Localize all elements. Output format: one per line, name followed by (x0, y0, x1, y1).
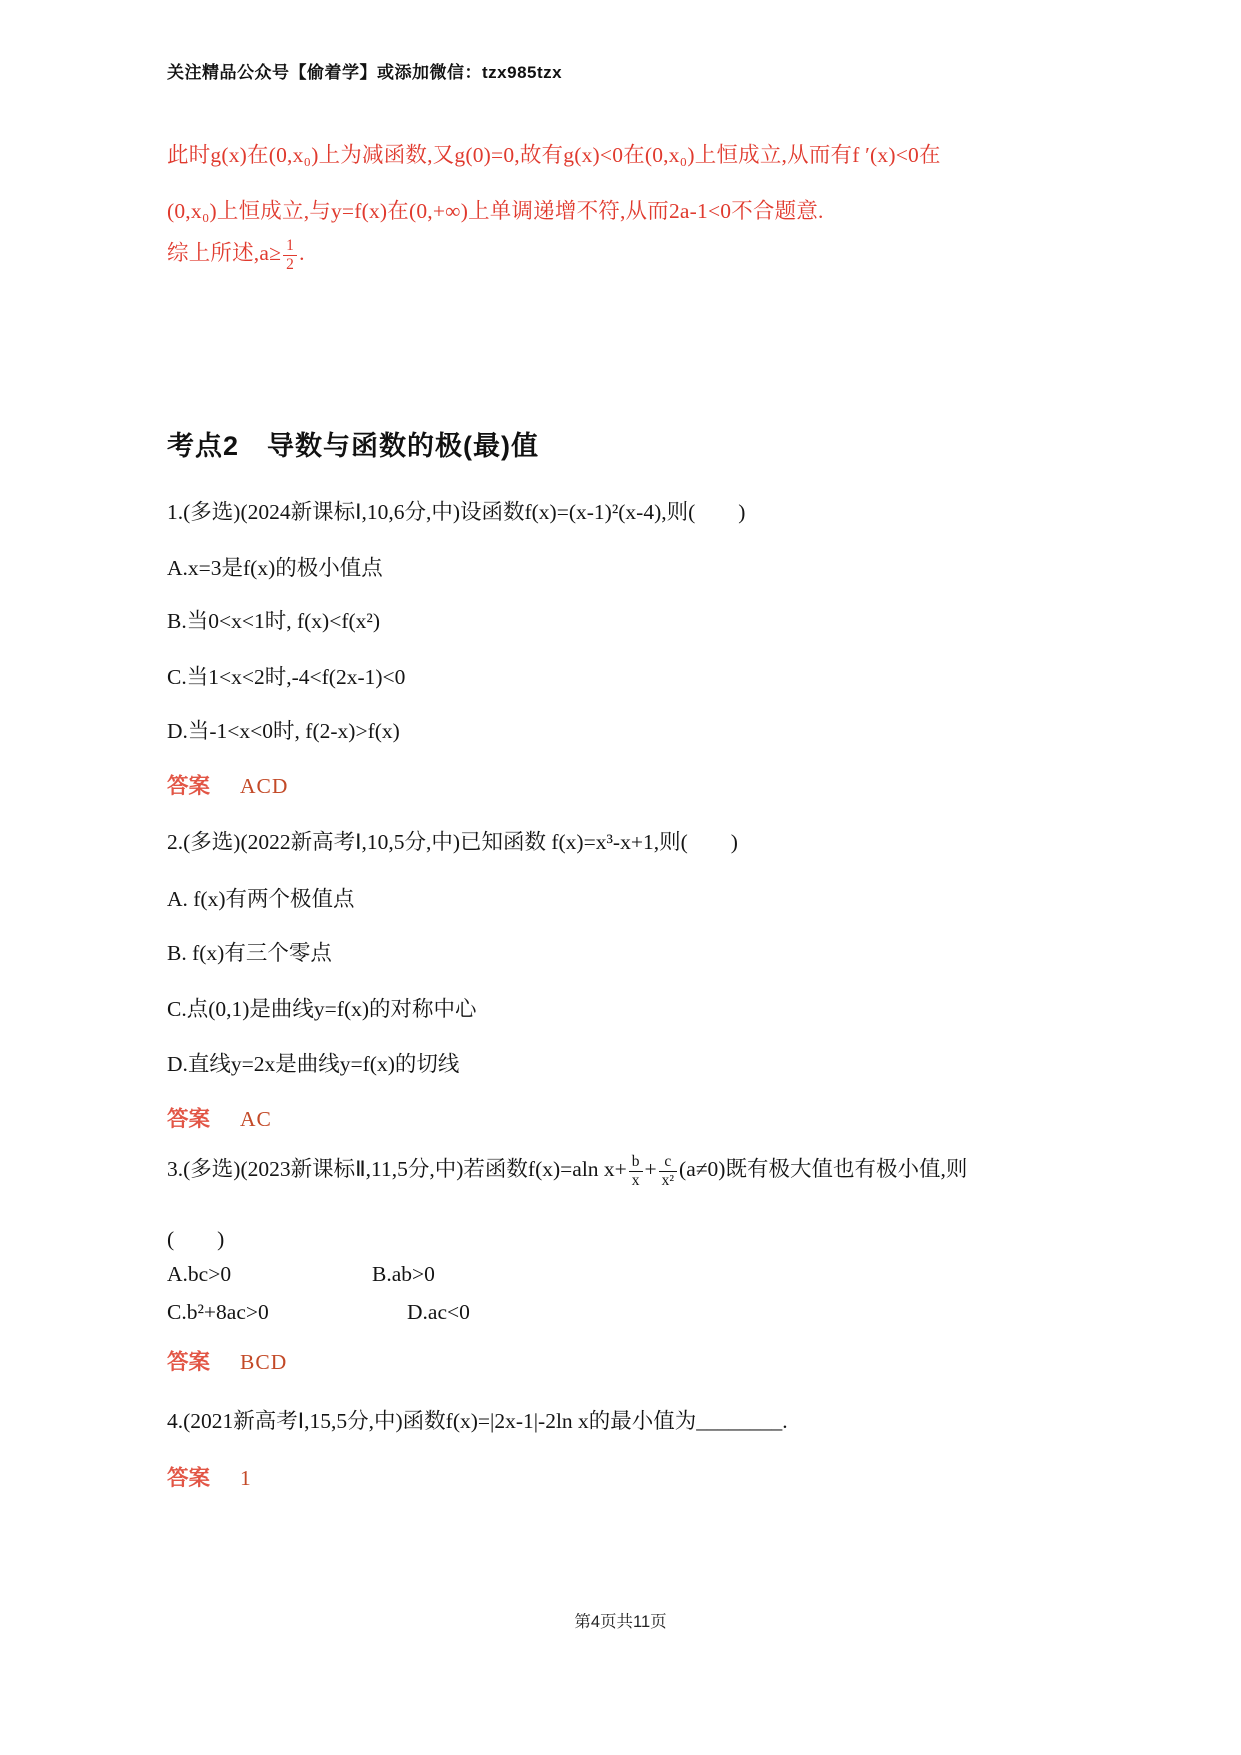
question-2-option-b: B. f(x)有三个零点 (167, 936, 1091, 967)
question-1-option-d-text: D.当-1<x<0时, f(2-x)>f(x) (167, 719, 400, 743)
question-4-answer: 答案1 (167, 1461, 1091, 1492)
solution-line-3-suffix: . (299, 241, 305, 265)
question-2-option-d-text: D.直线y=2x是曲线y=f(x)的切线 (167, 1052, 459, 1076)
question-3-answer: 答案BCD (167, 1345, 1091, 1376)
question-1-option-c-text: C.当1<x<2时,-4<f(2x-1)<0 (167, 665, 405, 689)
section-heading: 考点2 导数与函数的极(最)值 (167, 424, 1091, 463)
question-4-stem: 4.(2021新高考Ⅰ,15,5分,中)函数f(x)=|2x-1|-2ln x的… (167, 1404, 1091, 1435)
question-1-stem-text: 1.(多选)(2024新课标Ⅰ,10,6分,中)设函数f(x)=(x-1)²(x… (167, 500, 745, 524)
fraction-numerator: b (629, 1153, 643, 1172)
question-1-option-b-text: B.当0<x<1时, f(x)<f(x²) (167, 609, 380, 633)
plus-sign: + (645, 1157, 657, 1181)
solution-line-2-text: (0,x₀)上恒成立,与y=f(x)在(0,+∞)上单调递增不符,从而2a-1<… (167, 199, 824, 223)
question-3-paren-text: ( ) (167, 1227, 224, 1251)
question-3-options-row-1: A.bc>0B.ab>0 (167, 1262, 1091, 1287)
solution-line-1-text: 此时g(x)在(0,x₀)上为减函数,又g(0)=0,故有g(x)<0在(0,x… (167, 143, 941, 167)
question-1-option-a-text: A.x=3是f(x)的极小值点 (167, 556, 383, 580)
answer-label: 答案 (167, 1466, 210, 1490)
question-2-answer: 答案AC (167, 1102, 1091, 1133)
page-header-banner: 关注精品公众号【偷着学】或添加微信：tzx985tzx (167, 58, 1091, 83)
question-2-option-a-text: A. f(x)有两个极值点 (167, 887, 355, 911)
solution-line-2: (0,x₀)上恒成立,与y=f(x)在(0,+∞)上单调递增不符,从而2a-1<… (167, 194, 1091, 225)
question-2-option-d: D.直线y=2x是曲线y=f(x)的切线 (167, 1047, 1091, 1078)
answer-label: 答案 (167, 774, 210, 798)
question-1-option-a: A.x=3是f(x)的极小值点 (167, 551, 1091, 582)
question-1-option-d: D.当-1<x<0时, f(2-x)>f(x) (167, 714, 1091, 745)
question-3-option-d: D.ac<0 (407, 1300, 470, 1324)
fraction-denominator: x (629, 1172, 643, 1190)
page-number-text: 第4页共11页 (574, 1613, 666, 1631)
answer-label: 答案 (167, 1350, 210, 1374)
question-2-option-c: C.点(0,1)是曲线y=f(x)的对称中心 (167, 992, 1091, 1023)
question-2-option-c-text: C.点(0,1)是曲线y=f(x)的对称中心 (167, 997, 477, 1021)
answer-value: AC (240, 1107, 272, 1131)
fraction-numerator: c (659, 1153, 677, 1172)
answer-value: BCD (240, 1350, 287, 1374)
solution-line-1: 此时g(x)在(0,x₀)上为减函数,又g(0)=0,故有g(x)<0在(0,x… (167, 138, 1091, 169)
answer-value: 1 (240, 1466, 252, 1490)
fraction-denominator: x² (659, 1172, 677, 1190)
question-1-option-b: B.当0<x<1时, f(x)<f(x²) (167, 604, 1091, 635)
question-4-stem-text: 4.(2021新高考Ⅰ,15,5分,中)函数f(x)=|2x-1|-2ln x的… (167, 1409, 788, 1433)
question-2-stem: 2.(多选)(2022新高考Ⅰ,10,5分,中)已知函数 f(x)=x³-x+1… (167, 825, 1091, 856)
page-number-footer: 第4页共11页 (0, 1608, 1241, 1632)
question-1-option-c: C.当1<x<2时,-4<f(2x-1)<0 (167, 660, 1091, 691)
fraction-numerator: 1 (283, 237, 297, 256)
question-3-option-b: B.ab>0 (372, 1262, 435, 1286)
answer-label: 答案 (167, 1107, 210, 1131)
question-3-stem-part2: (a≠0)既有极大值也有极小值,则 (679, 1157, 967, 1181)
fraction-b-over-x: bx (629, 1153, 643, 1190)
question-3-stem: 3.(多选)(2023新课标Ⅱ,11,5分,中)若函数f(x)=aln x+bx… (167, 1152, 1091, 1189)
question-3-stem-part1: 3.(多选)(2023新课标Ⅱ,11,5分,中)若函数f(x)=aln x+ (167, 1157, 627, 1181)
question-2-stem-text: 2.(多选)(2022新高考Ⅰ,10,5分,中)已知函数 f(x)=x³-x+1… (167, 830, 738, 854)
question-2-option-a: A. f(x)有两个极值点 (167, 882, 1091, 913)
fraction-one-half: 12 (283, 237, 297, 274)
question-3-options-row-2: C.b²+8ac>0D.ac<0 (167, 1300, 1091, 1325)
fraction-c-over-x2: cx² (659, 1153, 677, 1190)
header-text: 关注精品公众号【偷着学】或添加微信：tzx985tzx (167, 63, 562, 82)
solution-line-3-prefix: 综上所述,a≥ (167, 241, 281, 265)
answer-value: ACD (240, 774, 288, 798)
question-2-option-b-text: B. f(x)有三个零点 (167, 941, 332, 965)
solution-line-3: 综上所述,a≥12. (167, 236, 1091, 273)
question-1-answer: 答案ACD (167, 769, 1091, 800)
section-heading-text: 考点2 导数与函数的极(最)值 (167, 431, 539, 461)
question-3-option-c: C.b²+8ac>0 (167, 1300, 407, 1325)
question-3-answer-paren: ( ) (167, 1222, 1091, 1253)
fraction-denominator: 2 (283, 256, 297, 274)
question-1-stem: 1.(多选)(2024新课标Ⅰ,10,6分,中)设函数f(x)=(x-1)²(x… (167, 495, 1091, 526)
question-3-option-a: A.bc>0 (167, 1262, 372, 1287)
document-page: 关注精品公众号【偷着学】或添加微信：tzx985tzx 此时g(x)在(0,x₀… (0, 0, 1241, 1755)
